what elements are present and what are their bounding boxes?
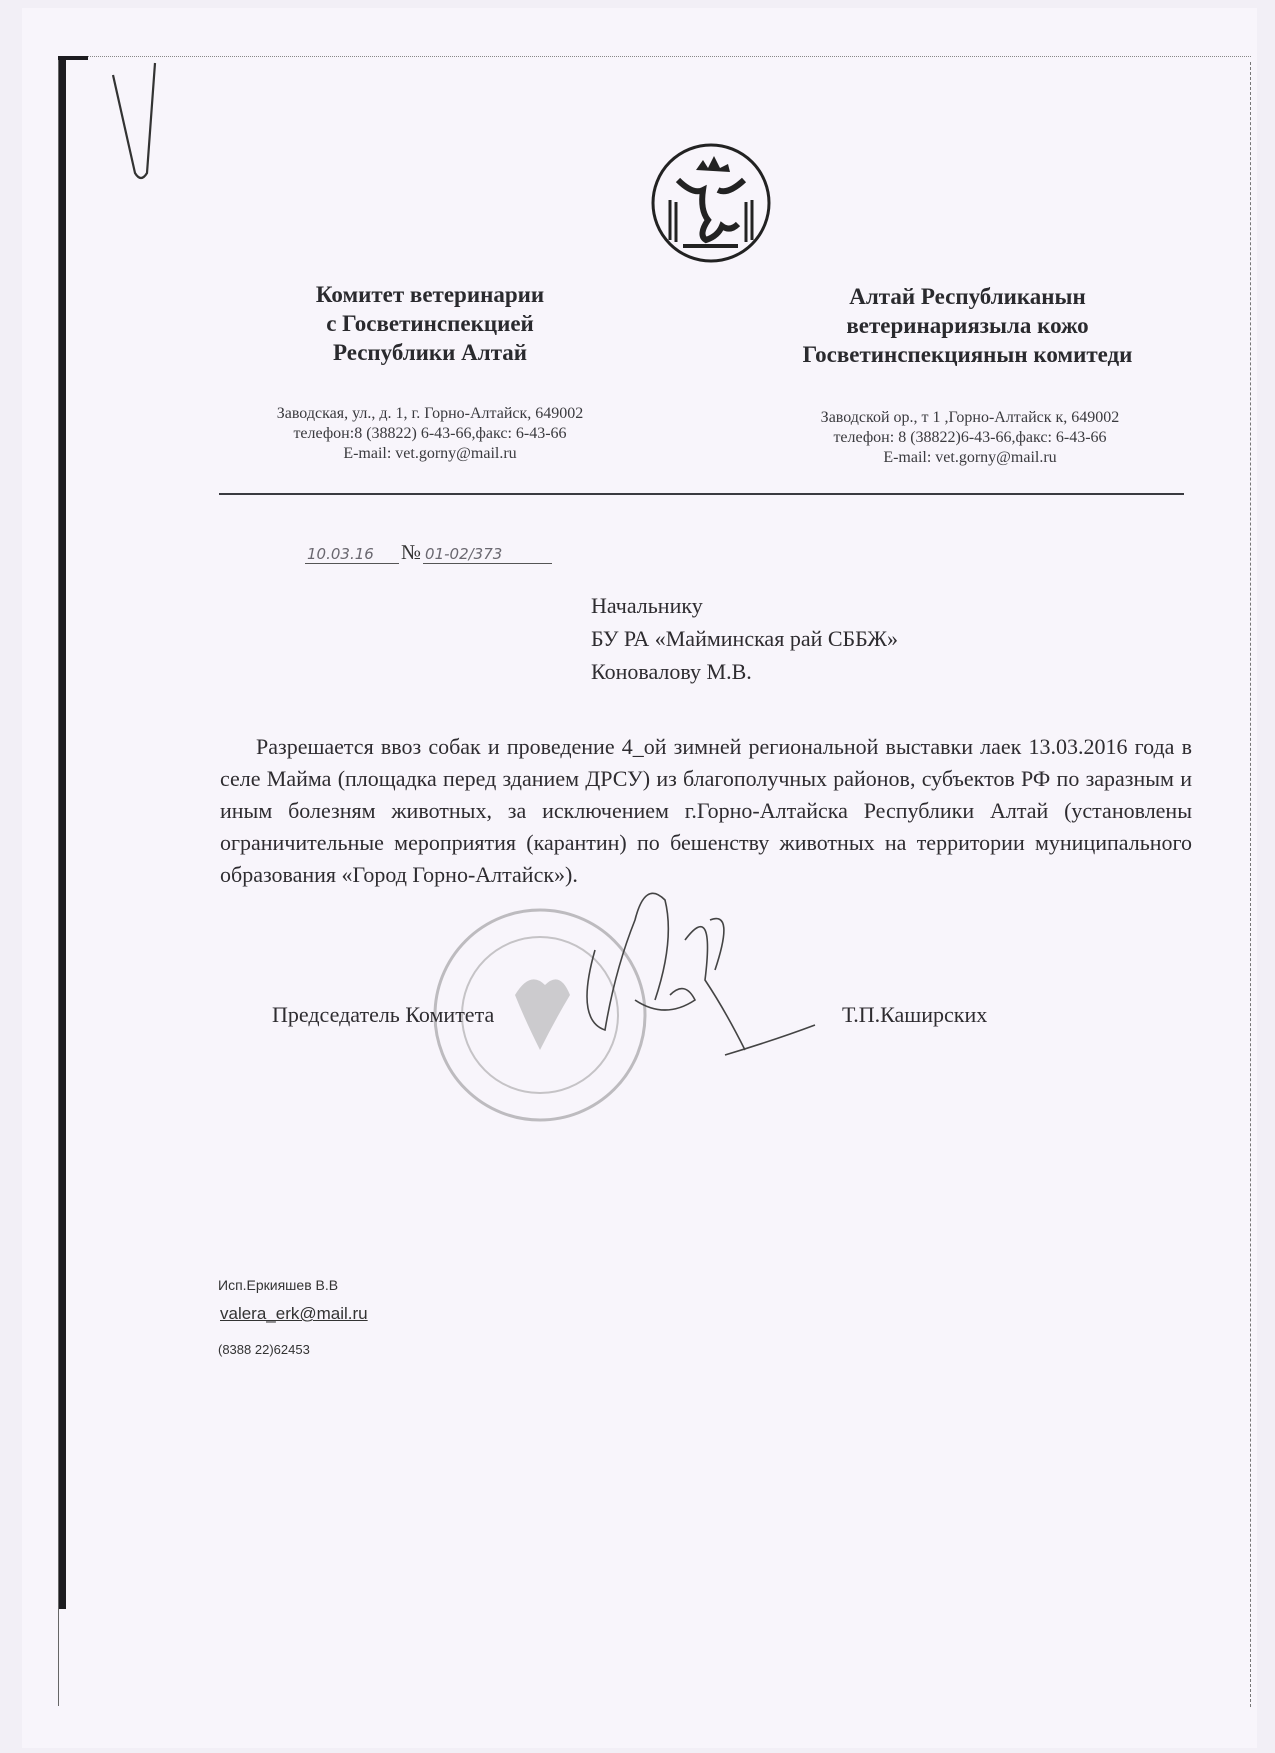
- org-phone: телефон: 8 (38822)6-43-66,факс: 6-43-66: [760, 428, 1180, 448]
- org-email: E-mail: vet.gorny@mail.ru: [215, 444, 645, 464]
- executor-email[interactable]: valera_erk@mail.ru: [220, 1304, 368, 1324]
- addressee-line: Коновалову М.В.: [591, 655, 898, 688]
- registration-line: 10.03.16№01-02/373: [305, 540, 552, 565]
- signatory-role: Председатель Комитета: [272, 1002, 494, 1028]
- org-name-line: Республики Алтай: [230, 338, 630, 367]
- addressee-line: Начальнику: [591, 589, 898, 622]
- emblem-icon: [648, 140, 774, 266]
- registration-number: 01-02/373: [423, 545, 552, 564]
- org-address: Заводской ор., т 1 ,Горно-Алтайск к, 649…: [760, 408, 1180, 428]
- addressee-block: Начальнику БУ РА «Майминская рай СББЖ» К…: [591, 589, 898, 688]
- org-contacts-altai: Заводской ор., т 1 ,Горно-Алтайск к, 649…: [760, 408, 1180, 468]
- scan-frame-corner: [58, 56, 88, 60]
- paperclip-icon: [105, 55, 165, 185]
- org-phone: телефон:8 (38822) 6-43-66,факс: 6-43-66: [215, 424, 645, 444]
- handwritten-signature: [575, 880, 895, 1080]
- org-name-russian: Комитет ветеринарии с Госветинспекцией Р…: [230, 280, 630, 367]
- org-address: Заводская, ул., д. 1, г. Горно-Алтайск, …: [215, 404, 645, 424]
- scan-frame-right-edge: [1250, 62, 1251, 1707]
- org-email: E-mail: vet.gorny@mail.ru: [760, 448, 1180, 468]
- org-contacts-russian: Заводская, ул., д. 1, г. Горно-Алтайск, …: [215, 404, 645, 464]
- scan-frame-left-line: [58, 56, 59, 1706]
- number-sign: №: [401, 540, 421, 564]
- org-name-line: с Госветинспекцией: [230, 309, 630, 338]
- org-name-line: Алтай Республиканын: [745, 282, 1190, 311]
- header-divider: [219, 493, 1184, 495]
- executor-name: Исп.Еркияшев В.В: [218, 1277, 338, 1293]
- org-name-line: Госветинспекциянын комитеди: [745, 340, 1190, 369]
- scan-frame-top-edge: [58, 56, 1251, 58]
- letter-body: Разрешается ввоз собак и проведение 4_ой…: [220, 731, 1192, 891]
- scan-frame-left-edge: [58, 56, 66, 1609]
- signatory-name: Т.П.Каширских: [842, 1002, 987, 1028]
- executor-phone: (8388 22)62453: [218, 1342, 310, 1357]
- addressee-line: БУ РА «Майминская рай СББЖ»: [591, 622, 898, 655]
- org-name-line: Комитет ветеринарии: [230, 280, 630, 309]
- org-name-altai: Алтай Республиканын ветеринариязыла кожо…: [745, 282, 1190, 369]
- org-name-line: ветеринариязыла кожо: [745, 311, 1190, 340]
- registration-date: 10.03.16: [305, 545, 399, 564]
